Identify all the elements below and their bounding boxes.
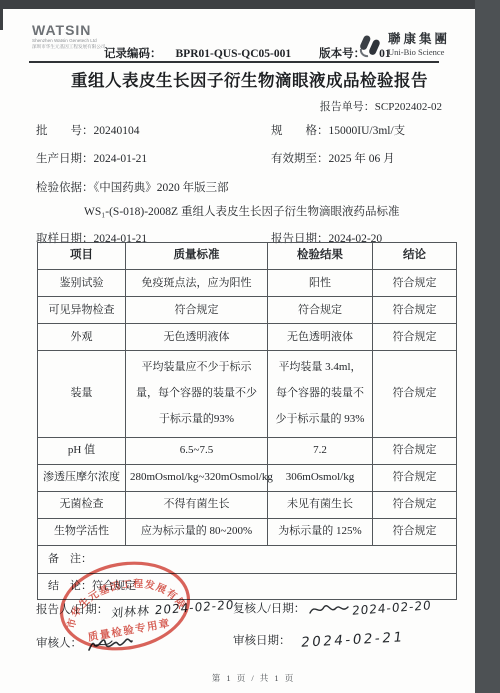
batch-label: 批 号： <box>36 125 94 137</box>
cell-result: 未见有菌生长 <box>268 491 373 518</box>
auditor-signature-scribble <box>86 632 134 656</box>
watsin-logo: WATSIN Shenzhen Watsin Genetech Ltd 深圳市华… <box>32 22 102 49</box>
table-row: 无菌检查 不得有菌生长 未见有菌生长 符合规定 <box>38 491 457 518</box>
conclusion-value: 符合规定 <box>92 580 136 592</box>
cell-item: 生物学活性 <box>38 518 126 545</box>
cell-item: 鉴别试验 <box>38 270 126 297</box>
cell-result: 无色透明液体 <box>268 324 373 351</box>
page-number: 第 1 页 / 共 1 页 <box>16 672 491 684</box>
cell-item: 渗透压摩尔浓度 <box>38 464 126 491</box>
cell-conclusion: 符合规定 <box>373 491 457 518</box>
conclusion-label: 结 论： <box>48 580 92 592</box>
report-number: 报告单号：SCP202402-02 <box>320 98 442 114</box>
cell-result: 符合规定 <box>268 297 373 324</box>
unibio-logo-cn: 聯康集團 <box>388 29 468 47</box>
audit-date-handwriting: 2024-02-21 <box>300 629 405 651</box>
watsin-logo-text: WATSIN <box>32 22 102 38</box>
cell-result: 306mOsmol/kg <box>268 464 373 491</box>
expiry-value: 2025 年 06 月 <box>329 153 395 165</box>
cell-standard: 应为标示量的 80~200% <box>126 518 268 545</box>
cell-standard: 免疫斑点法，应为阳性 <box>126 270 268 297</box>
remark-label: 备 注： <box>48 553 92 565</box>
cell-standard: 280mOsmol/kg~320mOsmol/kg <box>126 464 268 491</box>
table-row: 可见异物检查 符合规定 符合规定 符合规定 <box>38 297 457 324</box>
col-header-result: 检验结果 <box>268 243 373 270</box>
auditor-line: 审核人： <box>36 632 134 656</box>
prod-date-value: 2024-01-21 <box>94 153 148 165</box>
record-code-line: 记录编码：BPR01-QUS-QC05-001版本号：01 <box>104 45 391 61</box>
basis-label: 检验依据： <box>36 182 94 194</box>
reviewer-line: 复核人/日期：2024-02-20 <box>233 600 432 617</box>
reviewer-date-handwriting: 2024-02-20 <box>352 598 433 618</box>
capsules-icon <box>358 33 386 61</box>
unibio-logo-en: Uni-Bio Science <box>388 47 468 57</box>
reporter-label: 报告人/日期： <box>36 604 108 616</box>
cell-item: 装量 <box>38 351 126 438</box>
scan-backdrop-left <box>0 0 3 30</box>
cell-result: 7.2 <box>268 437 373 464</box>
reviewer-signature-scribble <box>309 601 349 617</box>
table-row: 鉴别试验 免疫斑点法，应为阳性 阳性 符合规定 <box>38 270 457 297</box>
table-row: 生物学活性 应为标示量的 80~200% 为标示量的 125% 符合规定 <box>38 518 457 545</box>
cell-conclusion: 符合规定 <box>373 464 457 491</box>
col-header-conclusion: 结论 <box>373 243 457 270</box>
spec-label: 规 格： <box>271 125 329 137</box>
info-row-dates: 生产日期：2024-01-21 有效期至：2025 年 06 月 <box>36 150 456 166</box>
cell-result: 平均装量 3.4ml，每个容器的装量不少于标示量的 93% <box>268 351 373 438</box>
watsin-logo-sub-cn: 深圳市华生元基因工程发展有限公司 <box>32 44 102 50</box>
table-row: 装量 平均装量应不少于标示量，每个容器的装量不少于标示量的93% 平均装量 3.… <box>38 351 457 438</box>
info-row-basis-2: WS₁-(S-018)-2008Z 重组人表皮生长因子衍生物滴眼液药品标准 <box>84 203 500 219</box>
cell-result: 为标示量的 125% <box>268 518 373 545</box>
page-title: 重组人表皮生长因子衍生物滴眼液成品检验报告 <box>12 67 487 91</box>
cell-conclusion: 符合规定 <box>373 297 457 324</box>
table-row: 外观 无色透明液体 无色透明液体 符合规定 <box>38 324 457 351</box>
record-code-label: 记录编码： <box>104 48 162 60</box>
cell-standard: 不得有菌生长 <box>126 491 268 518</box>
cell-item: 可见异物检查 <box>38 297 126 324</box>
cell-conclusion: 符合规定 <box>373 351 457 438</box>
watsin-logo-sub-en: Shenzhen Watsin Genetech Ltd <box>32 38 102 44</box>
cell-result: 阳性 <box>268 270 373 297</box>
cell-item: 无菌检查 <box>38 491 126 518</box>
basis-value-2: WS₁-(S-018)-2008Z 重组人表皮生长因子衍生物滴眼液药品标准 <box>84 206 399 218</box>
info-row-batch: 批 号：20240104 规 格：15000IU/3ml/支 <box>36 122 456 138</box>
prod-date-label: 生产日期： <box>36 153 94 165</box>
info-row-basis: 检验依据：《中国药典》2020 年版三部 <box>36 179 456 195</box>
col-header-item: 项目 <box>38 243 126 270</box>
cell-standard: 符合规定 <box>126 297 268 324</box>
scan-backdrop-right <box>475 0 500 693</box>
cell-conclusion: 符合规定 <box>373 324 457 351</box>
scan-backdrop-top <box>0 0 500 9</box>
audit-date-line: 审核日期：2024-02-21 <box>233 632 404 648</box>
batch-value: 20240104 <box>94 125 140 137</box>
col-header-standard: 质量标准 <box>126 243 268 270</box>
report-page: WATSIN Shenzhen Watsin Genetech Ltd 深圳市华… <box>0 9 475 693</box>
remark-row: 备 注： <box>38 545 457 573</box>
basis-value-1: 《中国药典》2020 年版三部 <box>94 182 229 194</box>
cell-standard: 6.5~7.5 <box>126 437 268 464</box>
expiry-label: 有效期至： <box>271 153 329 165</box>
unibio-logo: 聯康集團 Uni-Bio Science <box>358 29 468 57</box>
cell-item: 外观 <box>38 324 126 351</box>
table-row: pH 值 6.5~7.5 7.2 符合规定 <box>38 437 457 464</box>
spec-value: 15000IU/3ml/支 <box>329 125 406 137</box>
cell-conclusion: 符合规定 <box>373 437 457 464</box>
auditor-label: 审核人： <box>36 638 82 650</box>
cell-standard: 无色透明液体 <box>126 324 268 351</box>
reporter-handwriting: 刘林林 2024-02-20 <box>111 596 235 622</box>
report-number-label: 报告单号： <box>320 101 375 113</box>
reporter-line: 报告人/日期：刘林林 2024-02-20 <box>36 600 235 617</box>
header-divider <box>29 61 439 63</box>
table-row: 渗透压摩尔浓度 280mOsmol/kg~320mOsmol/kg 306mOs… <box>38 464 457 491</box>
conclusion-row: 结 论：符合规定 <box>38 573 457 599</box>
cell-conclusion: 符合规定 <box>373 270 457 297</box>
record-code-value: BPR01-QUS-QC05-001 <box>176 48 292 60</box>
report-number-value: SCP202402-02 <box>375 101 442 113</box>
qc-results-table: 项目 质量标准 检验结果 结论 鉴别试验 免疫斑点法，应为阳性 阳性 符合规定 … <box>37 242 457 600</box>
audit-date-label: 审核日期： <box>233 635 291 647</box>
cell-conclusion: 符合规定 <box>373 518 457 545</box>
cell-item: pH 值 <box>38 437 126 464</box>
reviewer-label: 复核人/日期： <box>233 603 305 615</box>
cell-standard: 平均装量应不少于标示量，每个容器的装量不少于标示量的93% <box>126 351 268 438</box>
table-header-row: 项目 质量标准 检验结果 结论 <box>38 243 457 270</box>
